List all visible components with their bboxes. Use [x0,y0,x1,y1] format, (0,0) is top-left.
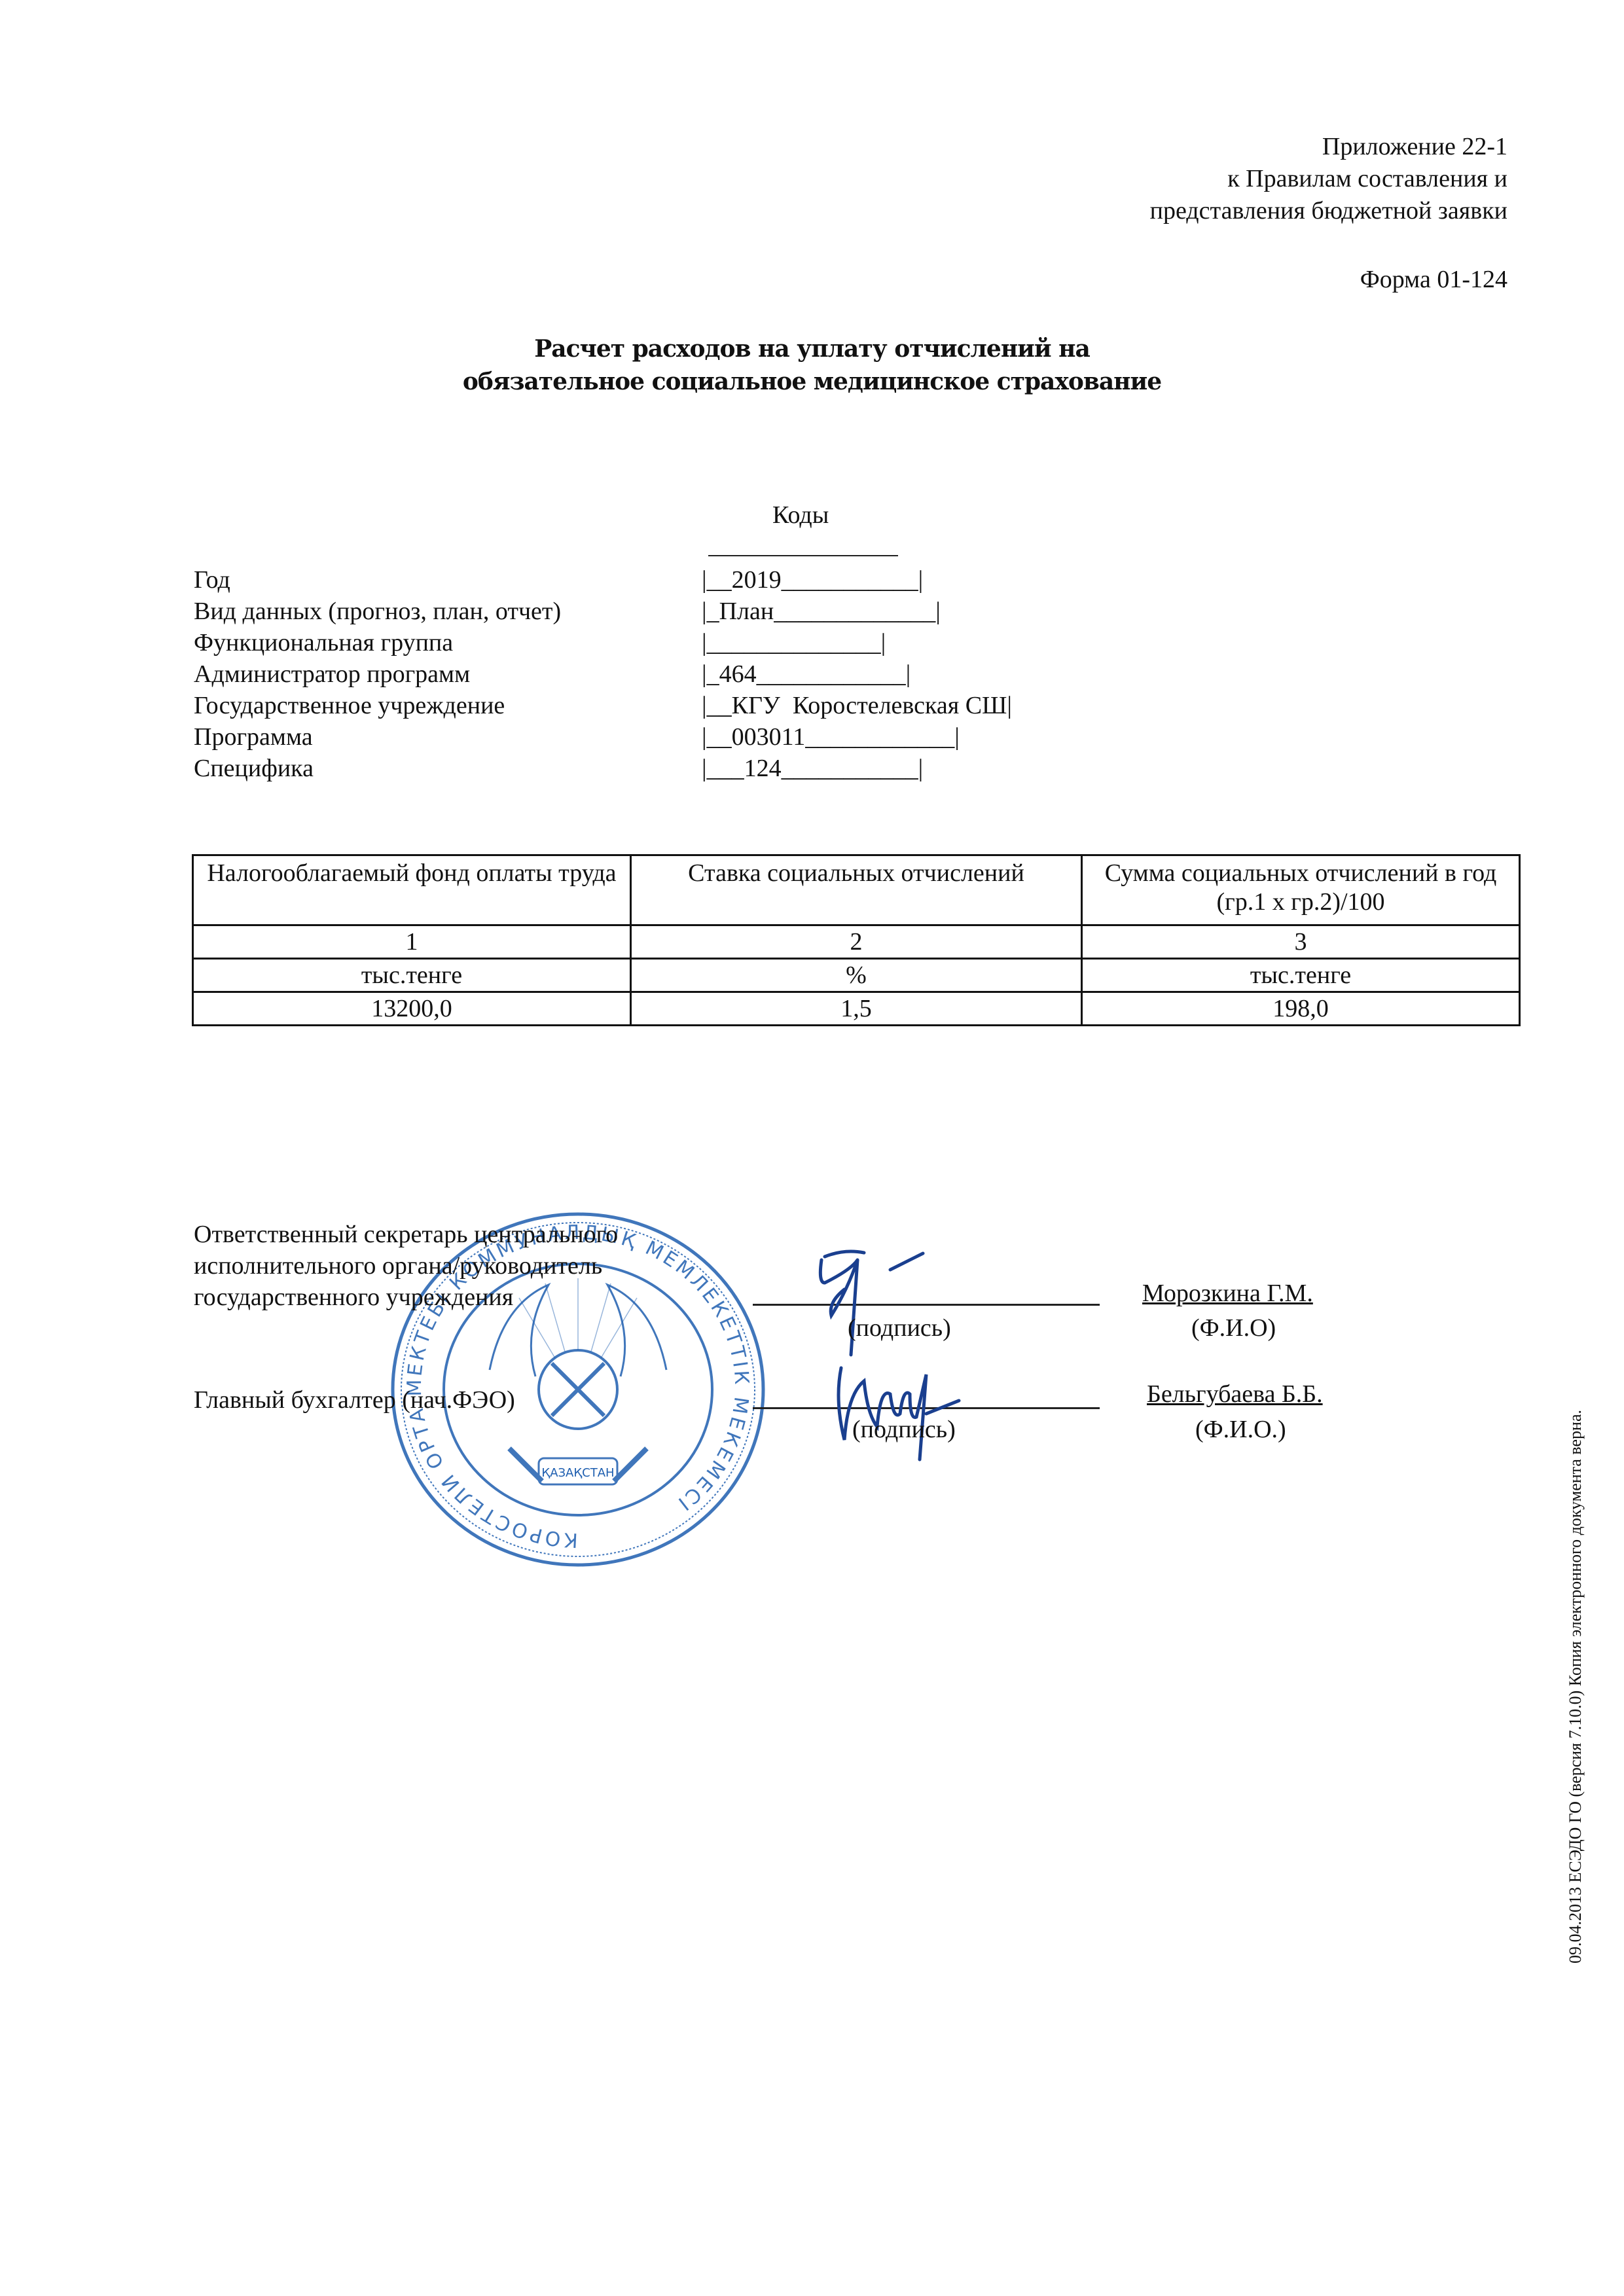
code-row-specific: Специфика |___124___________| [194,753,1012,784]
code-label: Вид данных (прогноз, план, отчет) [194,596,702,627]
table-cell: 13200,0 [193,992,631,1026]
table-cell: 198,0 [1082,992,1520,1026]
fio-caption: (Ф.И.О.) [1195,1414,1286,1445]
signature-caption: (подпись) [852,1414,956,1445]
code-value: |__КГУ Коростелевская СШ| [702,690,1012,721]
codes-divider [708,555,898,556]
contributions-table: Налогооблагаемый фонд оплаты труда Ставк… [192,854,1521,1026]
header-sum: Сумма социальных отчислений в год (гр.1 … [1082,855,1520,925]
role-line: исполнительного органа/руководитель [194,1250,618,1282]
title-line: обязательное социальное медицинское стра… [0,365,1624,398]
header-rate: Ставка социальных отчислений [630,855,1081,925]
code-value: |___124___________| [702,753,923,784]
electronic-copy-note: 09.04.2013 ЕСЭДО ГО (версия 7.10.0) Копи… [1566,1410,1585,1964]
title-line: Расчет расходов на уплату отчислений на [0,332,1624,365]
code-row-year: Год |__2019___________| [194,564,1012,596]
table-cell: 3 [1082,925,1520,959]
table-row-units: тыс.тенге % тыс.тенге [193,959,1520,992]
code-value: |_План_____________| [702,596,941,627]
table-cell: 2 [630,925,1081,959]
code-label: Специфика [194,753,702,784]
code-label: Администратор программ [194,658,702,690]
codes-label: Коды [772,501,829,529]
handwritten-signature-icon [812,1244,943,1361]
table-row-column-numbers: 1 2 3 [193,925,1520,959]
signer-name: Бельгубаева Б.Б. [1147,1378,1323,1410]
role-chief-accountant: Главный бухгалтер (нач.ФЭО) [194,1384,515,1416]
signature-caption: (подпись) [848,1312,951,1344]
code-value: |__003011____________| [702,721,960,753]
code-row-data-type: Вид данных (прогноз, план, отчет) |_План… [194,596,1012,627]
table-cell: % [630,959,1081,992]
table-cell: 1,5 [630,992,1081,1026]
signer-name: Морозкина Г.М. [1142,1278,1313,1309]
svg-text:ҚАЗАҚСТАН: ҚАЗАҚСТАН [541,1466,614,1480]
handwritten-signature-icon [828,1355,972,1466]
document-title: Расчет расходов на уплату отчислений на … [0,332,1624,398]
code-value: |_464____________| [702,658,911,690]
table-header-row: Налогооблагаемый фонд оплаты труда Ставк… [193,855,1520,925]
header-taxable-fund: Налогооблагаемый фонд оплаты труда [193,855,631,925]
code-label: Государственное учреждение [194,690,702,721]
appendix-header: Приложение 22-1 к Правилам составления и… [1150,131,1507,227]
table-cell: 1 [193,925,631,959]
fio-caption: (Ф.И.О) [1191,1312,1276,1344]
code-row-administrator: Администратор программ |_464____________… [194,658,1012,690]
role-line: Ответственный секретарь центрального [194,1219,618,1250]
codes-block: Год |__2019___________| Вид данных (прог… [194,564,1012,784]
code-label: Функциональная группа [194,627,702,658]
code-row-functional-group: Функциональная группа |______________| [194,627,1012,658]
appendix-line: представления бюджетной заявки [1150,195,1507,227]
code-row-institution: Государственное учреждение |__КГУ Корост… [194,690,1012,721]
table-row-values: 13200,0 1,5 198,0 [193,992,1520,1026]
appendix-line: к Правилам составления и [1150,163,1507,195]
table-cell: тыс.тенге [193,959,631,992]
code-label: Год [194,564,702,596]
code-row-program: Программа |__003011____________| [194,721,1012,753]
appendix-line: Приложение 22-1 [1150,131,1507,163]
table-cell: тыс.тенге [1082,959,1520,992]
form-number: Форма 01-124 [1360,265,1507,294]
code-value: |__2019___________| [702,564,923,596]
role-line: государственного учреждения [194,1282,618,1313]
code-label: Программа [194,721,702,753]
role-executive: Ответственный секретарь центрального исп… [194,1219,618,1313]
code-value: |______________| [702,627,886,658]
